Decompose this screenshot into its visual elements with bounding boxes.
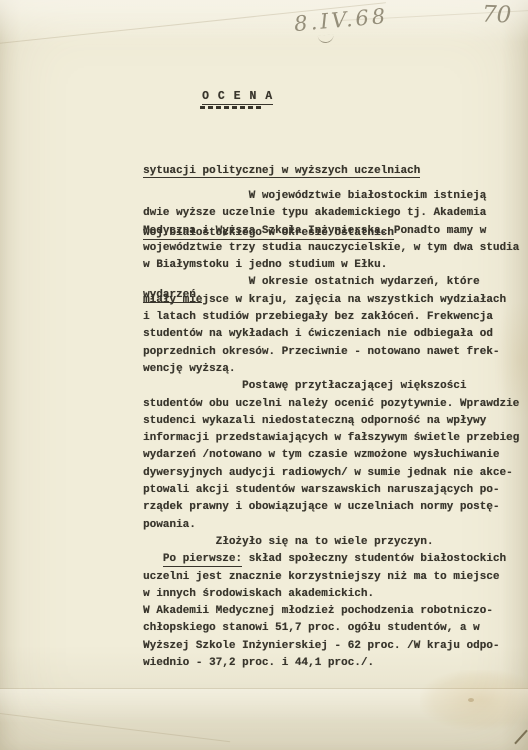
text-line: Postawę przytłaczającej większości bbox=[143, 378, 519, 395]
text-line: dywersyjnych audycji radiowych/ w sumie … bbox=[143, 465, 519, 482]
text-line: Po pierwsze: skład społeczny studentów b… bbox=[143, 551, 519, 568]
text-line: w Białymstoku i jedno studium w Ełku. bbox=[143, 257, 519, 274]
paper-stain-bottom-right bbox=[420, 670, 528, 730]
underlined-text: Po pierwsze: bbox=[163, 553, 242, 567]
subtitle-line: sytuacji politycznej w wyższych uczelnia… bbox=[143, 160, 420, 177]
text-line: wencję wyższą. bbox=[143, 361, 519, 378]
text-line: Wyższej Szkole Inżynierskiej - 62 proc. … bbox=[143, 638, 519, 655]
text-line: W województwie białostockim istnieją bbox=[143, 188, 519, 205]
text-line: w innych środowiskach akademickich. bbox=[143, 586, 519, 603]
title-dashed-underline bbox=[200, 106, 264, 109]
scanned-document-page: 8.IV.68 70 O C E N A sytuacji polityczne… bbox=[0, 0, 528, 750]
text-line: studenci wykazali niedostateczną odporno… bbox=[143, 413, 519, 430]
paper-speck bbox=[468, 698, 474, 702]
paper-tear-mark bbox=[514, 730, 528, 745]
text-line: wydarzeń /notowano w tym czasie wzmożone… bbox=[143, 447, 519, 464]
text-line: i latach studiów przebiegały bez zakłóce… bbox=[143, 309, 519, 326]
text-line: powania. bbox=[143, 517, 519, 534]
text-line: miały miejsce w kraju, zajęcia na wszyst… bbox=[143, 292, 519, 309]
document-title: O C E N A bbox=[202, 90, 273, 105]
text-line: poprzednich okresów. Przeciwnie - notowa… bbox=[143, 344, 519, 361]
text-line: W Akademii Medycznej młodzież pochodzeni… bbox=[143, 603, 519, 620]
text-line: studentów na wykładach i ćwiczeniach nie… bbox=[143, 326, 519, 343]
body-text: W województwie białostockim istniejądwie… bbox=[143, 188, 519, 672]
text-line: rządek prawny i obowiązujące w uczelniac… bbox=[143, 499, 519, 516]
text-line: Złożyło się na to wiele przyczyn. bbox=[143, 534, 519, 551]
text-line: województwie trzy studia nauczycielskie,… bbox=[143, 240, 519, 257]
text-line: chłopskiego stanowi 51,7 proc. ogółu stu… bbox=[143, 620, 519, 637]
subtitle-line-text: sytuacji politycznej w wyższych uczelnia… bbox=[143, 165, 420, 179]
handwritten-page-number: 70 bbox=[482, 1, 512, 28]
text-line: Medyczna i Wyższa Szkoła Inżynierska. Po… bbox=[143, 223, 519, 240]
text-line: wiednio - 37,2 proc. i 44,1 proc./. bbox=[143, 655, 519, 672]
text-line: studentów obu uczelni należy ocenić pozy… bbox=[143, 396, 519, 413]
paper-top-light-strip bbox=[0, 0, 528, 42]
text-line: dwie wyższe uczelnie typu akademickiego … bbox=[143, 205, 519, 222]
text-line: W okresie ostatnich wydarzeń, które bbox=[143, 274, 519, 291]
text-line: informacji przedstawiających w fałszywym… bbox=[143, 430, 519, 447]
text-line: ptowali akcji studentów warszawskich nar… bbox=[143, 482, 519, 499]
text-line: uczelni jest znacznie korzystniejszy niż… bbox=[143, 569, 519, 586]
handwritten-date-tick-mark bbox=[318, 34, 335, 44]
